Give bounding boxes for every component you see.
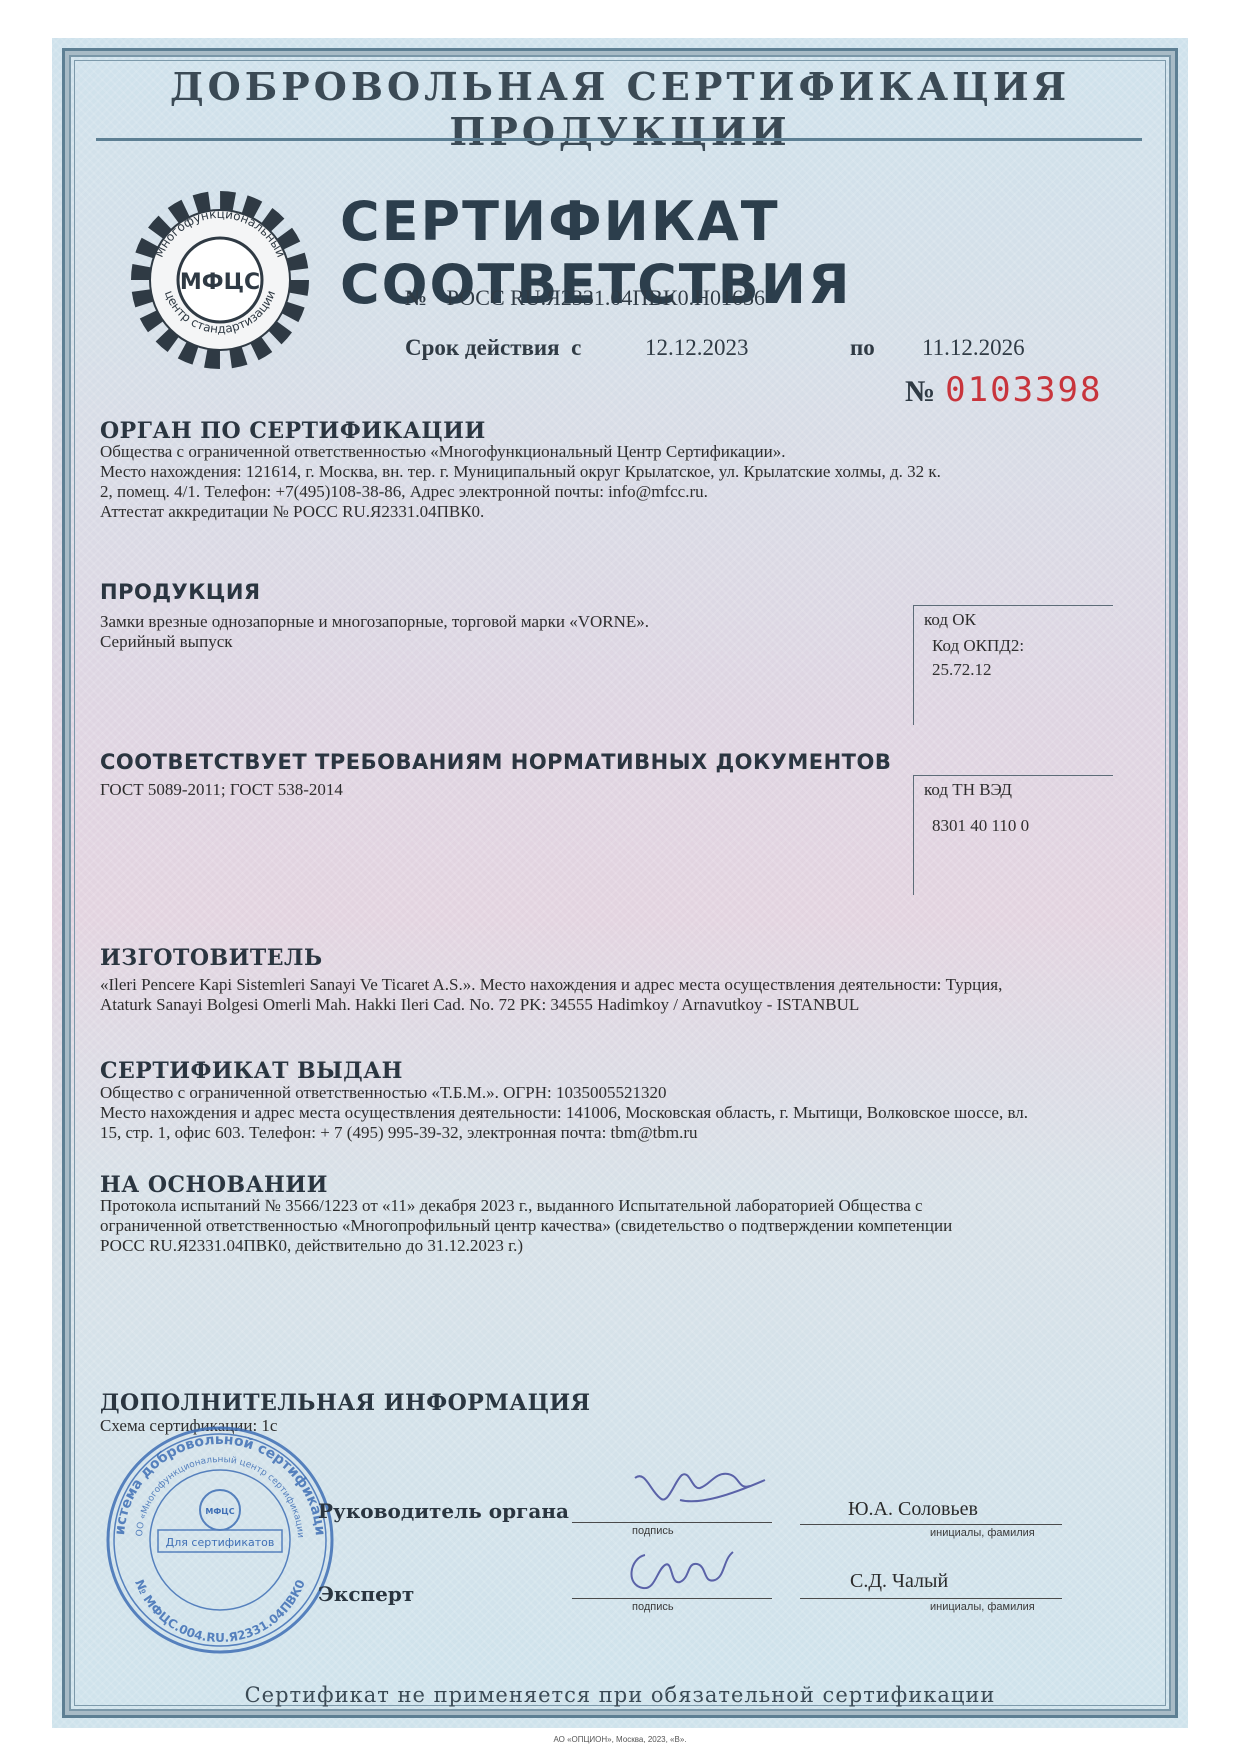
serial-symbol: №	[905, 375, 935, 408]
logo-center-text: МФЦС	[180, 270, 260, 295]
certification-body-title: ОРГАН ПО СЕРТИФИКАЦИИ	[100, 418, 486, 444]
okpd-code-value-label: Код ОКПД2:	[914, 630, 1113, 658]
product-text: Замки врезные однозапорные и многозапорн…	[100, 612, 900, 652]
okpd-code-label: код ОК	[914, 606, 1113, 630]
head-signature-icon	[620, 1460, 780, 1530]
manufacturer-title: ИЗГОТОВИТЕЛЬ	[100, 945, 323, 971]
certification-body-text: Общества с ограниченной ответственностью…	[100, 442, 1140, 522]
expert-name-line	[800, 1598, 1062, 1599]
serial-number-row: №0103398	[905, 370, 1102, 410]
expert-signature-icon	[615, 1540, 745, 1605]
svg-text:Для сертификатов: Для сертификатов	[166, 1536, 275, 1549]
expert-name-caption: инициалы, фамилия	[930, 1601, 1035, 1613]
expert-name: С.Д. Чалый	[850, 1570, 948, 1593]
head-name-line	[800, 1524, 1062, 1525]
valid-from-date: 12.12.2023	[645, 335, 749, 361]
requirements-text: ГОСТ 5089-2011; ГОСТ 538-2014	[100, 780, 900, 800]
validity-to-word: по	[850, 335, 875, 361]
requirements-title: СООТВЕТСТВУЕТ ТРЕБОВАНИЯМ НОРМАТИВНЫХ ДО…	[100, 750, 891, 774]
gear-logo-icon: Многофункциональный центр стандартизации…	[120, 180, 320, 380]
head-name-caption: инициалы, фамилия	[930, 1527, 1035, 1539]
manufacturer-text: «Ileri Pencere Kapi Sistemleri Sanayi Ve…	[100, 975, 1140, 1015]
additional-info-title: ДОПОЛНИТЕЛЬНАЯ ИНФОРМАЦИЯ	[100, 1390, 591, 1416]
okpd-code-box: код ОК Код ОКПД2: 25.72.12	[913, 605, 1113, 725]
tnved-code-label: код ТН ВЭД	[914, 776, 1113, 800]
stamp-seal-icon: Система добровольной сертификации ООО «М…	[100, 1420, 340, 1660]
tnved-code-value: 8301 40 110 0	[914, 800, 1113, 838]
head-of-body-label: Руководитель органа	[318, 1499, 569, 1523]
head-name: Ю.А. Соловьев	[848, 1498, 978, 1521]
okpd-code-value: 25.72.12	[914, 658, 1113, 682]
basis-title: НА ОСНОВАНИИ	[100, 1172, 328, 1198]
issued-to-title: СЕРТИФИКАТ ВЫДАН	[100, 1058, 403, 1084]
tnved-code-box: код ТН ВЭД 8301 40 110 0	[913, 775, 1113, 895]
certificate-number-row: № РОСС RU.Я2331.04ПВК0.Н01636	[405, 285, 765, 311]
product-title: ПРОДУКЦИЯ	[100, 580, 261, 604]
issued-to-text: Общество с ограниченной ответственностью…	[100, 1083, 1140, 1143]
certificate-number: РОСС RU.Я2331.04ПВК0.Н01636	[447, 285, 765, 310]
validity-label: Срок действия с	[405, 335, 581, 361]
valid-to-date: 11.12.2026	[922, 335, 1025, 361]
footer-note: Сертификат не применяется при обязательн…	[74, 1683, 1166, 1707]
serial-number: 0103398	[945, 370, 1102, 410]
number-symbol: №	[405, 285, 427, 310]
expert-label: Эксперт	[318, 1582, 414, 1606]
printer-note: АО «ОПЦИОН», Москва, 2023, «В».	[0, 1735, 1240, 1744]
basis-text: Протокола испытаний № 3566/1223 от «11» …	[100, 1196, 1140, 1256]
svg-text:МФЦС: МФЦС	[205, 1507, 234, 1516]
banner-divider	[96, 138, 1142, 141]
